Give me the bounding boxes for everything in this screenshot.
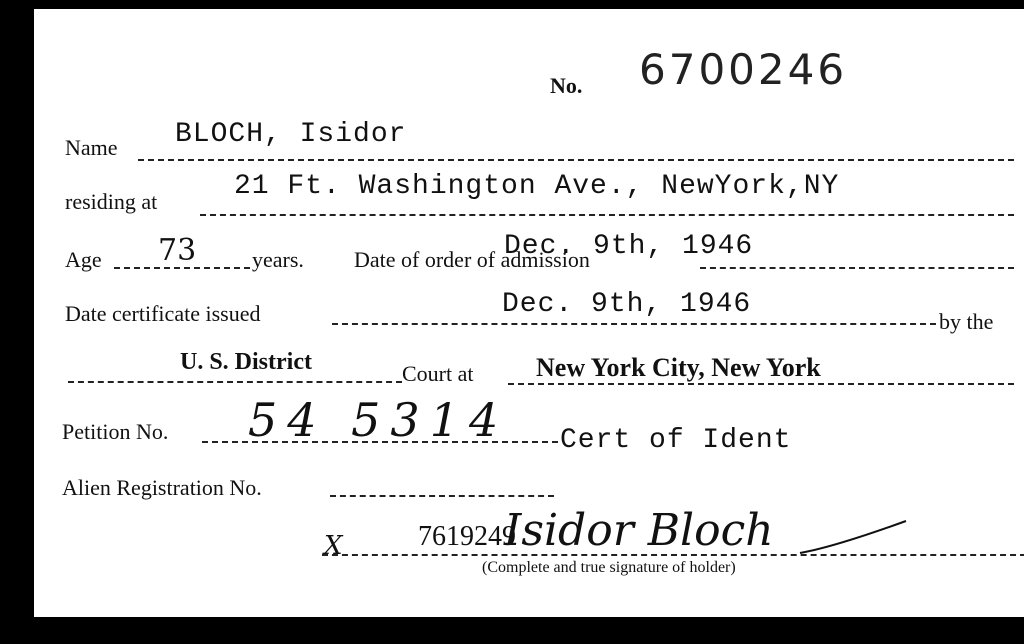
alien-registration-number: 7619249 [418, 521, 516, 553]
certificate-type: Cert of Ident [560, 425, 791, 456]
age-value: 73 [158, 233, 196, 268]
petition-number: 54 5314 [248, 393, 508, 447]
years-label: years. [252, 247, 304, 273]
court-name: U. S. District [180, 349, 312, 376]
signature-caption: (Complete and true signature of holder) [482, 559, 736, 577]
certificate-number: 6700246 [639, 45, 847, 94]
court-at-label: Court at [402, 361, 474, 387]
court-name-line [68, 381, 402, 383]
residence-value: 21 Ft. Washington Ave., NewYork,NY [234, 171, 839, 202]
issued-line [332, 323, 936, 325]
court-location-line [508, 383, 1014, 385]
number-label: No. [550, 73, 582, 99]
signature-line [322, 554, 1024, 556]
petition-label: Petition No. [62, 419, 168, 445]
petition-line [202, 441, 558, 443]
name-value: BLOCH, Isidor [175, 119, 406, 150]
court-location: New York City, New York [536, 353, 821, 383]
name-label: Name [65, 135, 118, 161]
age-line [114, 267, 250, 269]
by-the-label: by the [939, 309, 993, 335]
residence-line [200, 214, 1014, 216]
alien-registration-label: Alien Registration No. [62, 475, 262, 501]
signature-flourish [794, 517, 914, 557]
name-line [138, 159, 1014, 161]
admission-line [700, 267, 1014, 269]
signature-mark: X [324, 531, 343, 561]
alien-registration-line [330, 495, 554, 497]
age-label: Age [65, 247, 102, 273]
holder-signature: Isidor Bloch [504, 505, 774, 556]
issued-label: Date certificate issued [65, 301, 260, 327]
naturalization-certificate-card: No. 6700246 Name BLOCH, Isidor residing … [34, 9, 1024, 617]
admission-date: Dec. 9th, 1946 [504, 231, 753, 262]
issued-date: Dec. 9th, 1946 [502, 289, 751, 320]
residence-label: residing at [65, 189, 157, 215]
